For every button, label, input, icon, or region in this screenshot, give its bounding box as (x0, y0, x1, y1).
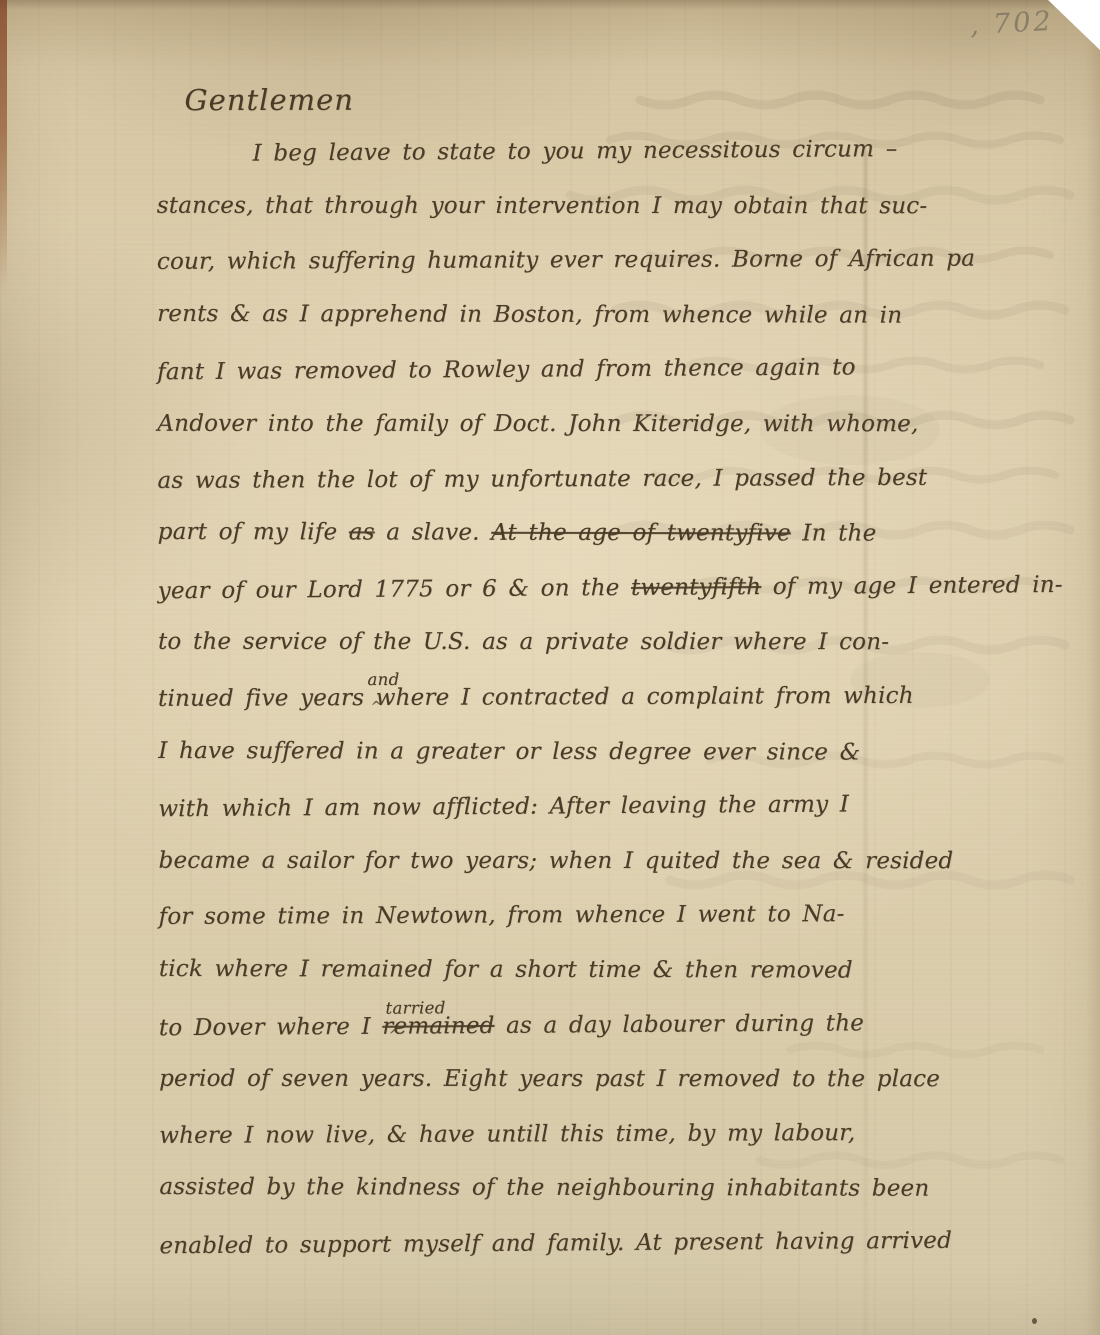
manuscript-line: I have suffered in a greater or less deg… (158, 737, 1092, 794)
struck-text: remainedtarried^ (382, 1012, 494, 1039)
manuscript-line: rents & as I apprehend in Boston, from w… (157, 301, 1091, 358)
text-segment: year of our Lord 1775 or 6 & on the (158, 575, 631, 604)
insertion-caret-icon: ^ (388, 1027, 400, 1043)
text-segment: as was then the lot of my unfortunate ra… (157, 464, 927, 493)
text-segment: cour, which suffering humanity ever requ… (157, 246, 975, 275)
text-segment: part of my life (158, 519, 349, 545)
text-segment: as a day labourer during the (494, 1010, 864, 1039)
manuscript-line: fant I was removed to Rowley and from th… (157, 353, 1091, 414)
text-segment: stances, that through your intervention … (157, 192, 928, 218)
manuscript-line: year of our Lord 1775 or 6 & on the twen… (158, 571, 1092, 632)
manuscript-line: tick where I remained for a short time &… (159, 956, 1093, 1013)
manuscript-line: for some time in Newtown, from whence I … (159, 900, 1093, 958)
manuscript-line: tinued five years where I contracted a c… (158, 682, 1092, 740)
manuscript-line: stances, that through your intervention … (157, 192, 1091, 247)
text-segment: where I contracted a complaint from whic… (364, 683, 914, 711)
manuscript-line: cour, which suffering humanity ever requ… (157, 245, 1091, 303)
text-segment: became a sailor for two years; when I qu… (159, 847, 954, 873)
text-segment: assisted by the kindness of the neighbou… (159, 1174, 929, 1202)
manuscript-line: where I now live, & have untill this tim… (159, 1119, 1093, 1177)
manuscript-page: , 702 Gentlemen I beg leave to state to … (0, 0, 1100, 1335)
text-segment: rents & as I apprehend in Boston, from w… (157, 301, 902, 329)
text-segment: for some time in Newtown, from whence I … (159, 901, 845, 930)
manuscript-line: I beg leave to state to you my necessito… (156, 135, 1090, 196)
text-segment: of my age I entered in- (761, 572, 1063, 600)
text-segment: fant I was removed to Rowley and from th… (157, 355, 856, 386)
letter-body: Gentlemen I beg leave to state to you my… (156, 75, 1093, 1286)
letter-lines: I beg leave to state to you my necessito… (157, 137, 1094, 1286)
manuscript-line: period of seven years. Eight years past … (159, 1066, 1093, 1121)
struck-text: as (349, 520, 375, 546)
manuscript-line: as was then the lot of my unfortunate ra… (157, 464, 1091, 522)
ink-blot (1032, 1318, 1037, 1324)
inserted-word: and (367, 670, 399, 689)
text-segment: tinued five years (158, 685, 364, 712)
manuscript-line: became a sailor for two years; when I qu… (158, 847, 1092, 902)
manuscript-line: to the service of the U.S. as a private … (158, 629, 1092, 684)
text-segment: to Dover where I (159, 1013, 383, 1041)
manuscript-line: Andover into the family of Doct. John Ki… (157, 411, 1091, 466)
text-segment: tick where I remained for a short time &… (159, 956, 853, 984)
struck-text: At the age of twentyfive (491, 520, 791, 547)
insertion-caret-icon: ^ (370, 699, 382, 715)
manuscript-line: to Dover where I remainedtarried^ as a d… (159, 1008, 1093, 1069)
manuscript-line: part of my life as a slave. At the age o… (158, 519, 1092, 576)
text-segment: with which I am now afflicted: After lea… (158, 792, 849, 823)
text-segment: I beg leave to state to you my necessito… (252, 136, 897, 167)
text-segment: In the (791, 521, 877, 547)
text-segment: to the service of the U.S. as a private … (158, 629, 889, 655)
manuscript-line: enabled to support myself and family. At… (159, 1227, 1093, 1288)
page-number-annotation: , 702 (970, 6, 1055, 41)
inserted-word: tarried (385, 998, 445, 1017)
text-segment: period of seven years. Eight years past … (159, 1066, 940, 1092)
text-segment: I have suffered in a greater or less deg… (158, 737, 860, 765)
text-segment: where I now live, & have untill this tim… (159, 1120, 855, 1149)
manuscript-line: assisted by the kindness of the neighbou… (159, 1174, 1093, 1231)
text-segment: a slave. (375, 520, 491, 546)
struck-text: twentyfifth (631, 574, 761, 601)
manuscript-line: with which I am now afflicted: After lea… (158, 790, 1092, 851)
text-segment: enabled to support myself and family. At… (159, 1228, 952, 1260)
text-segment: Andover into the family of Doct. John Ki… (157, 411, 918, 437)
salutation: Gentlemen (184, 75, 1090, 123)
